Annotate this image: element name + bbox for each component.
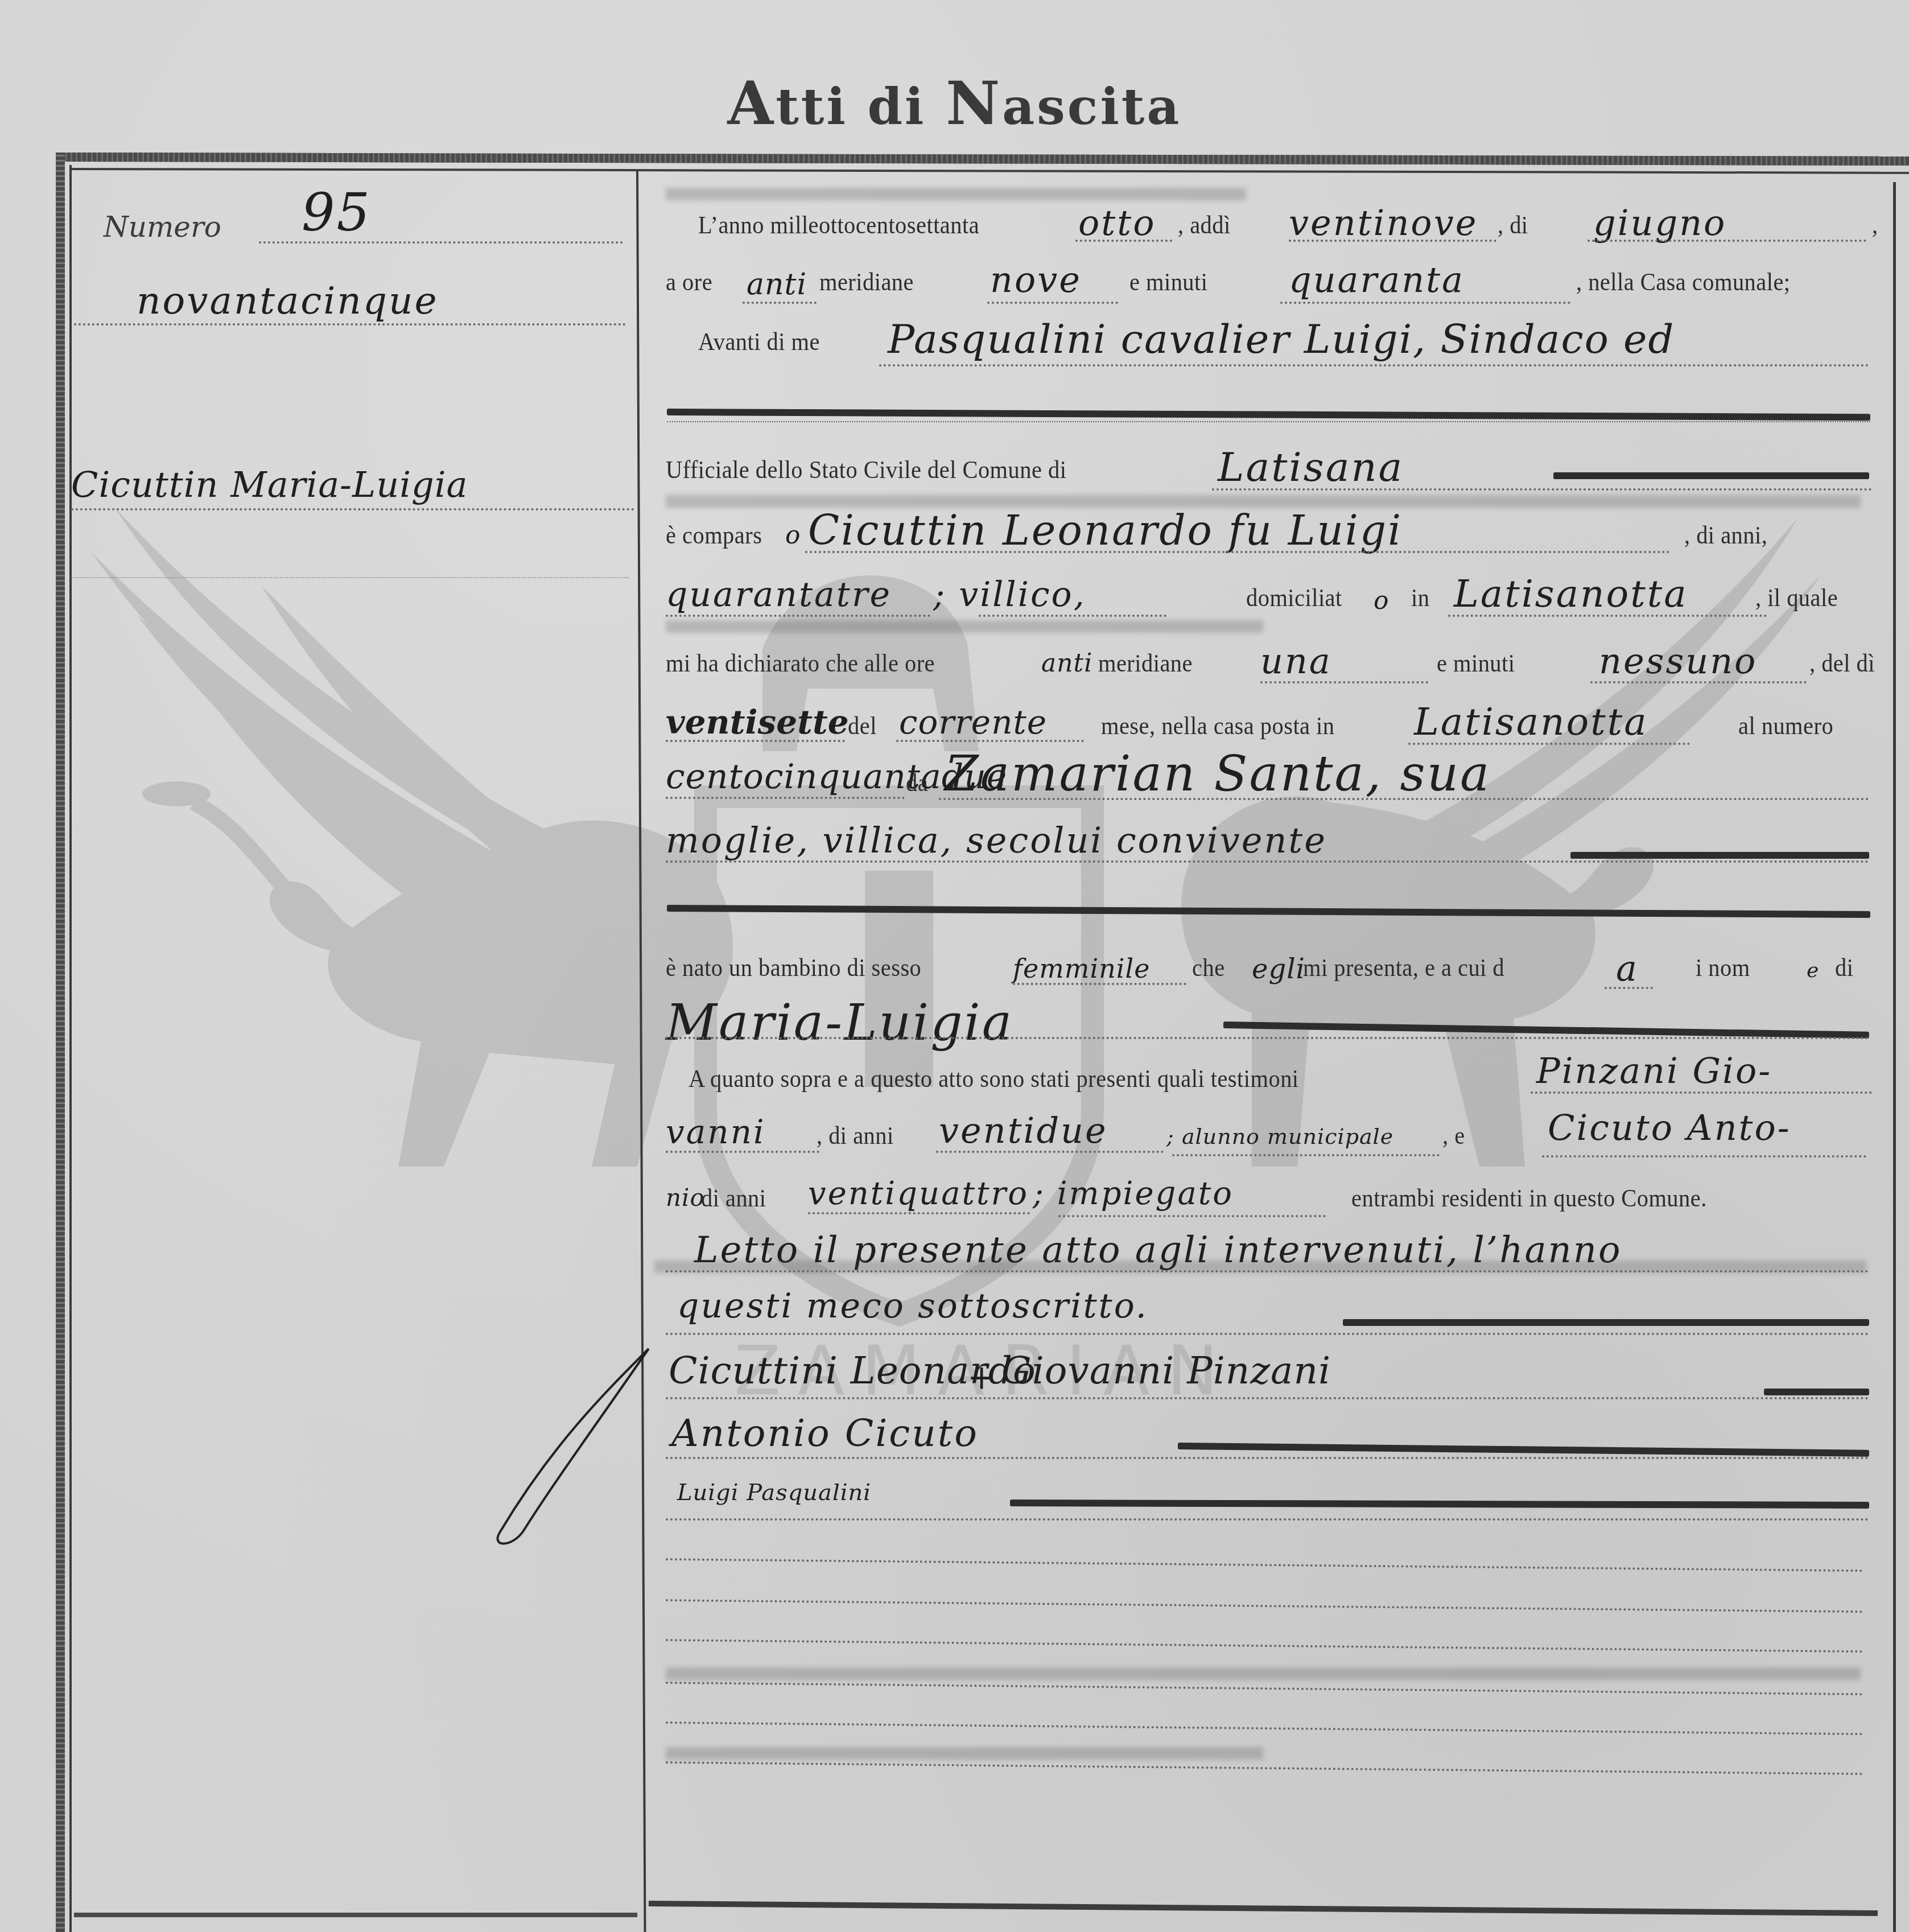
day-field: ventinove bbox=[1289, 202, 1478, 244]
hour-field: nove bbox=[990, 259, 1082, 300]
field-line bbox=[1542, 1155, 1866, 1157]
record-number: 95 bbox=[302, 182, 372, 243]
printed-text: Avanti di me bbox=[698, 327, 820, 356]
field-line bbox=[666, 797, 905, 799]
field-line bbox=[1590, 681, 1807, 683]
field-line bbox=[879, 364, 1869, 366]
field-line bbox=[1588, 240, 1866, 242]
printed-text: di anni bbox=[701, 1184, 766, 1213]
minutes-field: quaranta bbox=[1289, 259, 1465, 300]
birth-minutes-field: nessuno bbox=[1599, 640, 1757, 682]
title-part-1: tti di bbox=[776, 77, 946, 136]
officer-signature: Luigi Pasqualini bbox=[677, 1480, 871, 1506]
column-divider bbox=[636, 171, 646, 1932]
field-line bbox=[666, 1457, 1869, 1459]
bottom-rule-right bbox=[649, 1901, 1878, 1916]
field-line bbox=[1212, 488, 1872, 491]
subject-name: Cicuttin Maria-Luigia bbox=[71, 464, 468, 505]
bleed-through-rule bbox=[666, 1667, 1861, 1680]
page-title: Atti di Nascita bbox=[0, 68, 1909, 138]
pen-flourish-icon bbox=[478, 1343, 660, 1554]
printed-text: in bbox=[1411, 583, 1429, 612]
printed-text: , addì bbox=[1178, 211, 1231, 240]
officer-name-field: Pasqualini cavalier Luigi, Sindaco ed bbox=[888, 316, 1675, 362]
ante-meridiem-field: anti bbox=[1041, 649, 1092, 678]
printed-text: , di anni, bbox=[1684, 521, 1767, 550]
filler-rule bbox=[1343, 1319, 1869, 1326]
section-rule bbox=[667, 905, 1870, 918]
witness2-age-field: ventiquattro bbox=[808, 1175, 1029, 1212]
field-line bbox=[1289, 240, 1496, 242]
frame-left-inner-border bbox=[69, 165, 72, 1932]
printed-text: del bbox=[848, 711, 877, 740]
field-line bbox=[987, 302, 1118, 304]
field-line bbox=[1058, 1215, 1326, 1217]
witness1-name-cont-field: vanni bbox=[666, 1113, 766, 1151]
frame-top-inner-border bbox=[71, 168, 1909, 174]
year-suffix-field: otto bbox=[1078, 202, 1156, 244]
printed-text: che bbox=[1192, 953, 1225, 982]
section-rule bbox=[667, 409, 1870, 421]
printed-text: al numero bbox=[1738, 711, 1833, 740]
bleed-through-rule bbox=[666, 495, 1861, 508]
witness1-occupation-field: ; alunno municipale bbox=[1166, 1124, 1393, 1149]
field-line bbox=[666, 1397, 1869, 1399]
printed-text: , e bbox=[1442, 1121, 1465, 1150]
field-line bbox=[743, 302, 817, 304]
witness1-name-field: Pinzani Gio- bbox=[1536, 1050, 1772, 1091]
domicile-field: Latisanotta bbox=[1454, 572, 1688, 616]
printed-text: , il quale bbox=[1755, 583, 1838, 612]
numero-dotted-line bbox=[259, 241, 623, 244]
printed-text: meridiane bbox=[819, 267, 914, 296]
mother-name-field: Zamarian Santa, sua bbox=[945, 745, 1491, 802]
filler-rule bbox=[1570, 852, 1869, 859]
field-line bbox=[896, 740, 1084, 742]
birth-place-field: Latisanotta bbox=[1414, 700, 1648, 744]
presenter-pronoun-field: egli bbox=[1252, 953, 1305, 985]
blank-line bbox=[666, 1639, 1863, 1653]
frame-top-border bbox=[57, 153, 1909, 166]
field-line bbox=[666, 860, 1869, 863]
title-initial-n: N bbox=[946, 68, 1002, 138]
printed-text: entrambi residenti in questo Comune. bbox=[1351, 1184, 1707, 1213]
frame-right-border bbox=[1893, 182, 1896, 1932]
ante-meridiem-field: anti bbox=[747, 267, 807, 302]
field-line bbox=[936, 1151, 1164, 1153]
field-line bbox=[1280, 302, 1570, 304]
field-line bbox=[1408, 743, 1690, 745]
bottom-rule-left bbox=[74, 1913, 637, 1917]
witness2-occupation-field: ; impiegato bbox=[1033, 1175, 1234, 1212]
title-part-2: ascita bbox=[1002, 77, 1181, 136]
printed-text: i nom bbox=[1696, 953, 1750, 982]
printed-text: domiciliat bbox=[1246, 583, 1342, 612]
field-line bbox=[666, 1151, 819, 1153]
blank-line bbox=[666, 1558, 1863, 1572]
field-line bbox=[1605, 987, 1653, 989]
noun-ending-field: e bbox=[1807, 959, 1819, 982]
record-number-words: novantacinque bbox=[137, 279, 439, 323]
bleed-through-rule bbox=[666, 188, 1246, 200]
printed-text: di bbox=[1835, 953, 1853, 982]
declarant-name-field: Cicuttin Leonardo fu Luigi bbox=[808, 506, 1403, 554]
printed-text: meridiane bbox=[1098, 649, 1193, 678]
witness2-name-field: Cicuto Anto- bbox=[1548, 1107, 1791, 1148]
gender-suffix-field: o bbox=[1374, 586, 1390, 615]
blank-line bbox=[666, 1721, 1863, 1735]
printed-text: e minuti bbox=[1437, 649, 1515, 678]
printed-text: A quanto sopra e a questo atto sono stat… bbox=[688, 1064, 1299, 1093]
field-line bbox=[808, 1212, 1030, 1214]
field-line bbox=[666, 1270, 1869, 1272]
birth-day-field: ventisette bbox=[666, 703, 849, 742]
declarant-mark: + bbox=[967, 1357, 997, 1397]
field-line bbox=[1013, 983, 1186, 985]
field-line bbox=[979, 615, 1166, 617]
field-line bbox=[666, 1037, 1869, 1039]
witness1-age-field: ventidue bbox=[939, 1110, 1108, 1151]
field-line bbox=[667, 421, 1870, 422]
declarant-occupation-field: ; villico, bbox=[933, 575, 1086, 615]
numero-label: Numero bbox=[104, 211, 221, 244]
field-line bbox=[666, 615, 930, 617]
closing-statement-cont-field: questi meco sottoscritto. bbox=[677, 1286, 1148, 1326]
words-dotted-line bbox=[74, 323, 626, 326]
field-line bbox=[939, 798, 1869, 800]
printed-text: , di anni bbox=[817, 1121, 894, 1150]
sex-field: femminile bbox=[1013, 953, 1150, 984]
field-line bbox=[1075, 240, 1172, 242]
field-line bbox=[1172, 1154, 1440, 1156]
mother-details-field: moglie, villica, secolui convivente bbox=[666, 819, 1327, 861]
printed-text: Ufficiale dello Stato Civile del Comune … bbox=[666, 455, 1066, 484]
field-line bbox=[666, 740, 845, 742]
field-line bbox=[1260, 681, 1428, 683]
title-initial-a: A bbox=[728, 68, 776, 138]
blank-line bbox=[666, 1761, 1863, 1775]
filler-rule bbox=[1010, 1500, 1869, 1509]
frame-left-border bbox=[56, 153, 65, 1932]
printed-text: è compars bbox=[666, 521, 762, 550]
printed-text: a ore bbox=[666, 267, 712, 296]
printed-text: e minuti bbox=[1129, 267, 1207, 296]
printed-text: , del dì bbox=[1809, 649, 1875, 678]
filler-rule bbox=[1223, 1021, 1869, 1039]
blank-dotted-line bbox=[71, 577, 629, 578]
printed-text: mi presenta, e a cui d bbox=[1303, 953, 1504, 982]
subject-dotted-line bbox=[71, 508, 634, 510]
field-line bbox=[805, 551, 1670, 553]
filler-rule bbox=[1178, 1443, 1869, 1457]
child-name-field: Maria-Luigia bbox=[666, 993, 1013, 1052]
bleed-through-rule bbox=[666, 620, 1263, 633]
filler-rule bbox=[1553, 472, 1869, 479]
printed-text: L’anno milleottocentosettanta bbox=[698, 211, 979, 240]
field-line bbox=[1531, 1091, 1872, 1094]
printed-text: mi ha dichiarato che alle ore bbox=[666, 649, 935, 678]
witness2-signature: Antonio Cicuto bbox=[671, 1411, 979, 1455]
declarant-age-field: quarantatre bbox=[666, 575, 892, 615]
gender-suffix-field: o bbox=[785, 521, 801, 550]
blank-line bbox=[666, 1599, 1863, 1613]
month-field: giugno bbox=[1593, 202, 1726, 244]
field-line bbox=[666, 1518, 1869, 1521]
printed-text: , nella Casa comunale; bbox=[1576, 267, 1791, 296]
verb-ending-field: a bbox=[1616, 948, 1639, 989]
printed-text: , di bbox=[1498, 211, 1528, 240]
printed-text: è nato un bambino di sesso bbox=[666, 953, 921, 982]
blank-line bbox=[666, 1682, 1863, 1695]
witness1-signature: Giovanni Pinzani bbox=[1001, 1349, 1331, 1393]
current-month-field: corrente bbox=[899, 703, 1047, 742]
field-line bbox=[1448, 615, 1767, 617]
printed-text: , bbox=[1872, 211, 1878, 240]
witness2-name-cont-field: nio bbox=[666, 1184, 705, 1212]
bleed-through-rule bbox=[666, 1747, 1263, 1760]
field-line bbox=[666, 1333, 1869, 1335]
printed-text: da bbox=[906, 768, 928, 797]
printed-text: mese, nella casa posta in bbox=[1101, 711, 1335, 740]
comune-field: Latisana bbox=[1218, 444, 1404, 491]
filler-rule bbox=[1764, 1389, 1869, 1395]
birth-hour-field: una bbox=[1260, 640, 1332, 682]
